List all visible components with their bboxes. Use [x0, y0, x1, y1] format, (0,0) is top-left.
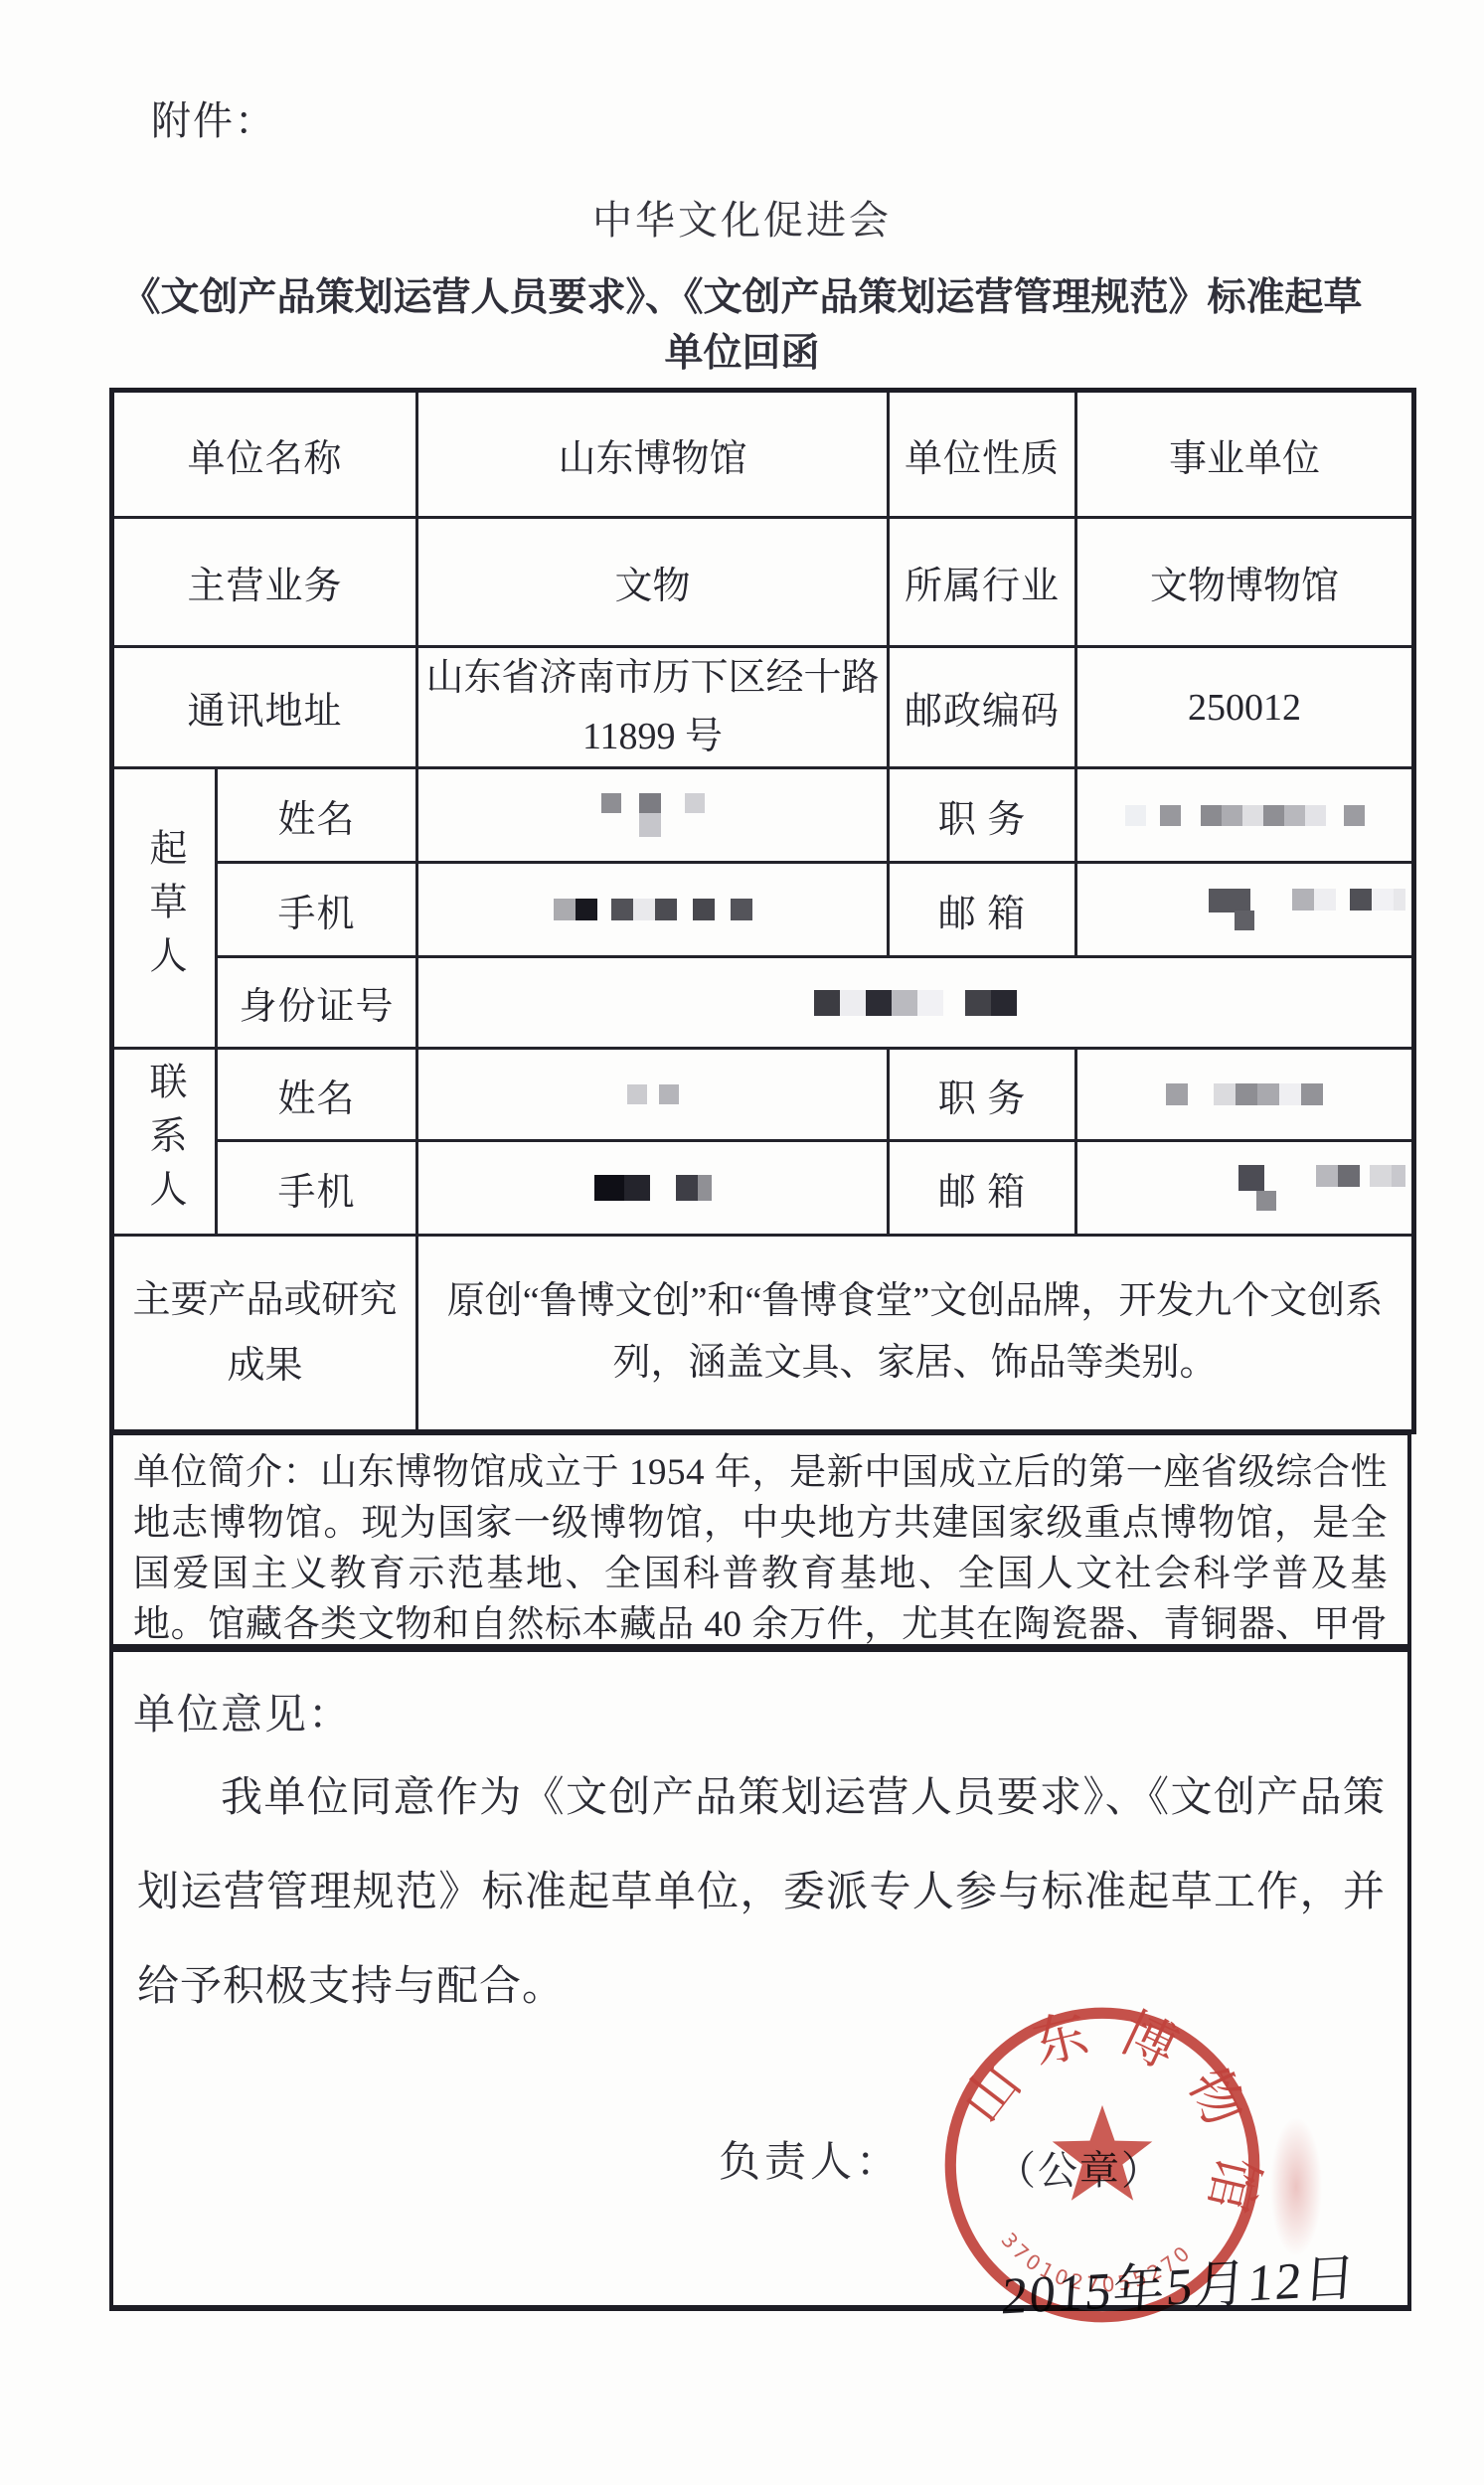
redacted-drafter-email — [1083, 889, 1405, 930]
opinion-body: 我单位同意作为《文创产品策划运营人员要求》、《文创产品策划运营管理规范》标准起草… — [137, 1751, 1386, 2035]
reply-form-table: 单位名称 山东博物馆 单位性质 事业单位 主营业务 文物 所属行业 文物博物馆 … — [109, 388, 1416, 1434]
postcode-label: 邮政编码 — [889, 647, 1076, 768]
signer-label: 负责人： — [719, 2129, 902, 2189]
products-label: 主要产品或研究成果 — [112, 1236, 417, 1432]
contact-duty-label: 职 务 — [889, 1049, 1076, 1141]
table-row: 身份证号 — [112, 957, 1414, 1049]
table-row: 主要产品或研究成果 原创“鲁博文创”和“鲁博食堂”文创品牌，开发九个文创系列，涵… — [112, 1236, 1414, 1432]
opinion-heading: 单位意见： — [133, 1682, 352, 1741]
contact-name-label: 姓名 — [217, 1049, 417, 1141]
contact-email-label: 邮 箱 — [889, 1141, 1076, 1236]
document-subtitle: 《文创产品策划运营人员要求》、《文创产品策划运营管理规范》标准起草 单位回函 — [0, 270, 1484, 382]
unit-intro-box: 单位简介：山东博物馆成立于 1954 年，是新中国成立后的第一座省级综合性地志博… — [109, 1431, 1411, 1648]
unit-name-label: 单位名称 — [112, 391, 417, 518]
redacted-contact-mobile — [424, 1175, 881, 1201]
redacted-contact-name — [424, 1084, 881, 1104]
main-business-value: 文物 — [417, 518, 889, 647]
drafter-email-cell — [1076, 863, 1414, 957]
unit-type-value: 事业单位 — [1076, 391, 1414, 518]
industry-value: 文物博物馆 — [1076, 518, 1414, 647]
attachment-label: 附件： — [151, 89, 276, 146]
redacted-contact-duty — [1083, 1083, 1405, 1105]
products-value: 原创“鲁博文创”和“鲁博食堂”文创品牌，开发九个文创系列，涵盖文具、家居、饰品等… — [417, 1236, 1414, 1432]
drafter-name-cell — [417, 768, 889, 863]
subtitle-line-2: 单位回函 — [0, 326, 1484, 382]
drafter-duty-label: 职 务 — [889, 768, 1076, 863]
contact-name-cell — [417, 1049, 889, 1141]
table-row: 单位名称 山东博物馆 单位性质 事业单位 — [112, 391, 1414, 518]
contact-mobile-cell — [417, 1141, 889, 1236]
svg-text:山东博物馆: 山东博物馆 — [950, 1998, 1269, 2238]
drafter-mobile-label: 手机 — [217, 863, 417, 957]
redacted-contact-email — [1083, 1165, 1405, 1211]
document-page: 附件： 中华文化促进会 《文创产品策划运营人员要求》、《文创产品策划运营管理规范… — [0, 0, 1484, 2485]
table-row: 通讯地址 山东省济南市历下区经十路 11899 号 邮政编码 250012 — [112, 647, 1414, 768]
subtitle-line-1: 《文创产品策划运营人员要求》、《文创产品策划运营管理规范》标准起草 — [0, 270, 1484, 326]
contact-group-label: 联系人 — [112, 1049, 217, 1236]
address-label: 通讯地址 — [112, 647, 417, 768]
table-row: 起草人 姓名 职 务 — [112, 768, 1414, 863]
document-org-title: 中华文化促进会 — [0, 189, 1484, 246]
address-value: 山东省济南市历下区经十路 11899 号 — [417, 647, 889, 768]
drafter-id-label: 身份证号 — [217, 957, 417, 1049]
table-row: 手机 邮 箱 — [112, 863, 1414, 957]
drafter-mobile-cell — [417, 863, 889, 957]
table-row: 手机 邮 箱 — [112, 1141, 1414, 1236]
drafter-email-label: 邮 箱 — [889, 863, 1076, 957]
postcode-value: 250012 — [1076, 647, 1414, 768]
redacted-drafter-mobile — [424, 899, 881, 920]
industry-label: 所属行业 — [889, 518, 1076, 647]
unit-type-label: 单位性质 — [889, 391, 1076, 518]
redacted-drafter-duty — [1083, 805, 1405, 826]
drafter-group-label: 起草人 — [112, 768, 217, 1049]
main-business-label: 主营业务 — [112, 518, 417, 647]
redacted-drafter-id — [424, 990, 1405, 1016]
drafter-duty-cell — [1076, 768, 1414, 863]
contact-email-cell — [1076, 1141, 1414, 1236]
contact-mobile-label: 手机 — [217, 1141, 417, 1236]
table-row: 主营业务 文物 所属行业 文物博物馆 — [112, 518, 1414, 647]
unit-name-value: 山东博物馆 — [417, 391, 889, 518]
seal-ring-text: 山东博物馆 — [950, 1998, 1269, 2238]
drafter-id-cell — [417, 957, 1414, 1049]
drafter-name-label: 姓名 — [217, 768, 417, 863]
redacted-drafter-name — [424, 793, 881, 837]
seal-ink-smudge — [1270, 2117, 1322, 2256]
seal-star-icon — [1053, 2105, 1153, 2201]
unit-intro-text: 单位简介：山东博物馆成立于 1954 年，是新中国成立后的第一座省级综合性地志博… — [133, 1452, 1388, 1648]
table-row: 联系人 姓名 职 务 — [112, 1049, 1414, 1141]
contact-duty-cell — [1076, 1049, 1414, 1141]
